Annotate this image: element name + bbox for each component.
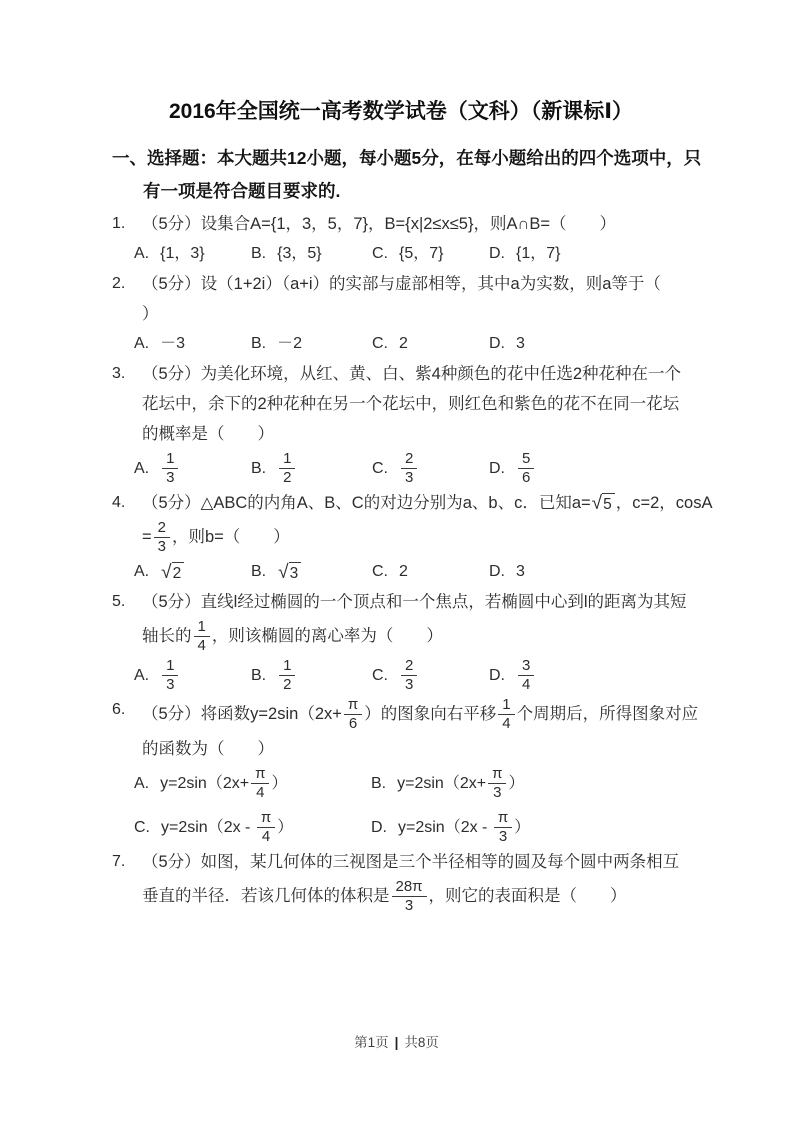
fraction-numerator: 1 [162,657,178,676]
exam-page: 2016年全国统一高考数学试卷（文科）（新课标Ⅰ） 一、选择题：本大题共12小题… [112,0,690,916]
fraction-numerator: 1 [498,696,514,715]
fraction: π4 [257,809,275,846]
option-label: C. [372,454,388,484]
option-label: D. [489,557,505,587]
fraction: π4 [251,765,269,802]
text-run: 3 [516,329,525,359]
section-heading-line2: 有一项是符合题目要求的. [112,175,690,208]
option-label: C. [134,813,150,843]
fraction-denominator: 6 [518,469,534,487]
text-run: ） [508,769,524,799]
options-row: A.－3B.－2C.2D.3 [134,329,690,359]
question-item: 1.（5分）设集合A={1，3，5，7}，B={x|2≤x≤5}，则A∩B=（ … [112,209,690,269]
fraction: π3 [488,765,506,802]
option-a: A.13 [134,656,251,695]
fraction-numerator: π [488,765,506,784]
fraction: 23 [154,519,170,556]
fraction-numerator: 3 [518,657,534,676]
question-body: （5分）将函数y=2sin（2x+π6）的图象向右平移14个周期后，所得图象对应… [142,695,690,847]
options-row: A.13B.12C.23D.34 [134,656,690,695]
option-label: D. [489,661,505,691]
stem-line: （5分）如图，某几何体的三视图是三个半径相等的圆及每个圆中两条相互 [142,847,690,877]
stem-line: 的函数为（ ） [142,734,690,764]
question-number: 7. [112,847,142,877]
fraction: 12 [279,657,295,694]
text-run: 轴长的 [142,627,192,645]
fraction-numerator: 1 [194,618,210,637]
radicand: 3 [289,562,302,583]
option-label: C. [372,661,388,691]
footer-total-pages: 共8页 [404,1035,439,1050]
text-run: ，c=2，cosA [616,494,713,512]
text-run: 2 [399,329,408,359]
square-root: √5 [592,493,615,514]
text-run: （5分）△ABC的内角A、B、C的对边分别为a、b、c．已知a= [142,494,591,512]
option-label: A. [134,329,149,359]
fraction-denominator: 3 [154,538,170,556]
fraction: 23 [401,657,417,694]
question-number: 3. [112,359,142,389]
stem-line: （5分）设（1+2i）（a+i）的实部与虚部相等，其中a为实数，则a等于（ [142,269,690,299]
fraction-denominator: 4 [252,784,268,802]
fraction: 13 [162,450,178,487]
fraction-numerator: 2 [401,657,417,676]
text-run: 的函数为（ ） [142,740,274,758]
text-run: {1，7} [516,239,561,269]
fraction-denominator: 3 [489,784,505,802]
text-run: 的概率是（ ） [142,425,274,443]
stem-line: =23，则b=（ ） [142,518,690,557]
options-row: A.y=2sin（2x+π4）B.y=2sin（2x+π3）C.y=2sin（2… [134,764,690,847]
question-body: （5分）如图，某几何体的三视图是三个半径相等的圆及每个圆中两条相互垂直的半径．若… [142,847,690,916]
fraction-numerator: 28π [392,878,427,897]
option-c: C.2 [372,329,489,359]
fraction: 56 [518,450,534,487]
fraction-denominator: 2 [279,676,295,694]
option-a: A.{1，3} [134,239,251,269]
stem-line: （5分）直线l经过椭圆的一个顶点和一个焦点，若椭圆中心到l的距离为其短 [142,587,690,617]
fraction: 12 [279,450,295,487]
option-b: B.12 [251,449,372,488]
text-run: ） [271,769,287,799]
option-label: D. [371,813,387,843]
page-title: 2016年全国统一高考数学试卷（文科）（新课标Ⅰ） [112,95,690,129]
text-run: 3 [516,557,525,587]
fraction-denominator: 4 [194,637,210,655]
stem-line: （5分）△ABC的内角A、B、C的对边分别为a、b、c．已知a=√5，c=2，c… [142,488,690,518]
text-run: y=2sin（2x+ [397,769,486,799]
text-run: 垂直的半径．若该几何体的体积是 [142,887,390,905]
text-run: = [142,528,152,546]
section-heading-line1: 一、选择题：本大题共12小题，每小题5分，在每小题给出的四个选项中，只 [112,142,690,175]
option-c: C.23 [372,449,489,488]
fraction-denominator: 6 [345,715,361,733]
stem-line: 花坛中，余下的2种花种在另一个花坛中，则红色和紫色的花不在同一花坛 [142,389,690,419]
question-item: 3.（5分）为美化环境，从红、黄、白、紫4种颜色的花中任选2种花种在一个花坛中，… [112,359,690,488]
fraction-numerator: π [494,809,512,828]
fraction-numerator: 2 [401,450,417,469]
option-label: D. [489,454,505,484]
text-run: ，则b=（ ） [172,528,290,546]
option-d: D.y=2sin（2x - π3） [371,808,690,847]
option-d: D.3 [489,557,690,587]
option-a: A.y=2sin（2x+π4） [134,764,371,803]
option-label: B. [371,769,386,799]
text-run: 2 [399,557,408,587]
option-label: B. [251,239,266,269]
section-heading: 一、选择题：本大题共12小题，每小题5分，在每小题给出的四个选项中，只 有一项是… [112,142,690,208]
text-run: ，则该椭圆的离心率为（ ） [212,627,443,645]
text-run: 个周期后，所得图象对应 [517,705,699,723]
text-run: ） [142,305,159,323]
fraction-numerator: π [251,765,269,784]
question-item: 5.（5分）直线l经过椭圆的一个顶点和一个焦点，若椭圆中心到l的距离为其短轴长的… [112,587,690,695]
stem-line: 垂直的半径．若该几何体的体积是28π3，则它的表面积是（ ） [142,877,690,916]
option-label: B. [251,557,266,587]
fraction: 14 [498,696,514,733]
fraction-denominator: 3 [401,897,417,915]
options-row: A.√2B.√3C.2D.3 [134,557,690,587]
fraction-denominator: 3 [162,469,178,487]
radicand: 2 [172,562,185,583]
stem-line: （5分）设集合A={1，3，5，7}，B={x|2≤x≤5}，则A∩B=（ ） [142,209,690,239]
fraction-denominator: 4 [518,676,534,694]
footer-separator: | [395,1035,399,1050]
stem-line: （5分）为美化环境，从红、黄、白、紫4种颜色的花中任选2种花种在一个 [142,359,690,389]
fraction-denominator: 3 [401,676,417,694]
question-body: （5分）直线l经过椭圆的一个顶点和一个焦点，若椭圆中心到l的距离为其短轴长的14… [142,587,690,695]
option-b: B.12 [251,656,372,695]
text-run: （5分）为美化环境，从红、黄、白、紫4种颜色的花中任选2种花种在一个 [142,365,681,383]
option-c: C.y=2sin（2x - π4） [134,808,371,847]
option-c: C.2 [372,557,489,587]
option-b: B.y=2sin（2x+π3） [371,764,690,803]
fraction-numerator: 2 [154,519,170,538]
option-label: C. [372,329,388,359]
fraction: π6 [344,696,362,733]
option-c: C.23 [372,656,489,695]
option-label: C. [372,557,388,587]
fraction: 14 [194,618,210,655]
text-run: ） [514,813,530,843]
square-root: √3 [278,562,301,583]
question-item: 6.（5分）将函数y=2sin（2x+π6）的图象向右平移14个周期后，所得图象… [112,695,690,847]
option-label: D. [489,329,505,359]
option-b: B.－2 [251,329,372,359]
option-label: A. [134,661,149,691]
option-label: D. [489,239,505,269]
question-number: 6. [112,695,142,725]
text-run: {3，5} [277,239,322,269]
option-label: A. [134,557,149,587]
question-body: （5分）设（1+2i）（a+i）的实部与虚部相等，其中a为实数，则a等于（）A.… [142,269,690,359]
text-run: {1，3} [160,239,205,269]
text-run: y=2sin（2x+ [160,769,249,799]
option-b: B.√3 [251,557,372,587]
options-row: A.{1，3}B.{3，5}C.{5，7}D.{1，7} [134,239,690,269]
option-d: D.3 [489,329,690,359]
text-run: （5分）设集合A={1，3，5，7}，B={x|2≤x≤5}，则A∩B=（ ） [142,215,616,233]
text-run: 花坛中，余下的2种花种在另一个花坛中，则红色和紫色的花不在同一花坛 [142,395,679,413]
text-run: ） [277,813,293,843]
fraction: 34 [518,657,534,694]
fraction-numerator: 1 [162,450,178,469]
radicand: 5 [602,493,615,514]
option-label: B. [251,454,266,484]
stem-line: 轴长的14，则该椭圆的离心率为（ ） [142,617,690,656]
option-label: C. [372,239,388,269]
option-d: D.{1，7} [489,239,690,269]
text-run: y=2sin（2x - [161,813,255,843]
question-number: 1. [112,209,142,239]
fraction-numerator: π [344,696,362,715]
question-number: 4. [112,488,142,518]
text-run: （5分）设（1+2i）（a+i）的实部与虚部相等，其中a为实数，则a等于（ [142,275,661,293]
stem-line: （5分）将函数y=2sin（2x+π6）的图象向右平移14个周期后，所得图象对应 [142,695,690,734]
fraction-denominator: 4 [258,828,274,846]
text-run: ，则它的表面积是（ ） [429,887,627,905]
fraction: 28π3 [392,878,427,915]
fraction-numerator: π [257,809,275,828]
stem-line: ） [142,299,690,329]
fraction-numerator: 1 [279,450,295,469]
option-label: B. [251,329,266,359]
fraction: π3 [494,809,512,846]
text-run: ）的图象向右平移 [364,705,496,723]
fraction: 23 [401,450,417,487]
question-body: （5分）设集合A={1，3，5，7}，B={x|2≤x≤5}，则A∩B=（ ）A… [142,209,690,269]
footer-page-number: 第1页 [354,1035,389,1050]
text-run: （5分）将函数y=2sin（2x+ [142,705,342,723]
option-a: A.√2 [134,557,251,587]
option-label: A. [134,239,149,269]
question-item: 4.（5分）△ABC的内角A、B、C的对边分别为a、b、c．已知a=√5，c=2… [112,488,690,587]
radical-sign-icon: √ [278,562,288,583]
radical-sign-icon: √ [592,493,602,514]
question-number: 2. [112,269,142,299]
text-run: （5分）直线l经过椭圆的一个顶点和一个焦点，若椭圆中心到l的距离为其短 [142,593,687,611]
option-d: D.34 [489,656,690,695]
fraction-numerator: 5 [518,450,534,469]
question-item: 2.（5分）设（1+2i）（a+i）的实部与虚部相等，其中a为实数，则a等于（）… [112,269,690,359]
stem-line: 的概率是（ ） [142,419,690,449]
option-d: D.56 [489,449,690,488]
page-footer: 第1页|共8页 [0,1031,793,1051]
questions-list: 1.（5分）设集合A={1，3，5，7}，B={x|2≤x≤5}，则A∩B=（ … [112,209,690,916]
option-a: A.13 [134,449,251,488]
fraction-numerator: 1 [279,657,295,676]
text-run: －2 [277,329,302,359]
option-b: B.{3，5} [251,239,372,269]
fraction: 13 [162,657,178,694]
square-root: √2 [161,562,184,583]
question-body: （5分）△ABC的内角A、B、C的对边分别为a、b、c．已知a=√5，c=2，c… [142,488,690,587]
option-label: A. [134,769,149,799]
text-run: y=2sin（2x - [398,813,492,843]
fraction-denominator: 3 [401,469,417,487]
text-run: {5，7} [399,239,444,269]
fraction-denominator: 3 [162,676,178,694]
options-row: A.13B.12C.23D.56 [134,449,690,488]
option-label: A. [134,454,149,484]
option-c: C.{5，7} [372,239,489,269]
question-number: 5. [112,587,142,617]
option-a: A.－3 [134,329,251,359]
text-run: （5分）如图，某几何体的三视图是三个半径相等的圆及每个圆中两条相互 [142,853,679,871]
text-run: －3 [160,329,185,359]
fraction-denominator: 2 [279,469,295,487]
question-body: （5分）为美化环境，从红、黄、白、紫4种颜色的花中任选2种花种在一个花坛中，余下… [142,359,690,488]
question-item: 7.（5分）如图，某几何体的三视图是三个半径相等的圆及每个圆中两条相互垂直的半径… [112,847,690,916]
option-label: B. [251,661,266,691]
fraction-denominator: 3 [495,828,511,846]
fraction-denominator: 4 [498,715,514,733]
radical-sign-icon: √ [161,562,171,583]
